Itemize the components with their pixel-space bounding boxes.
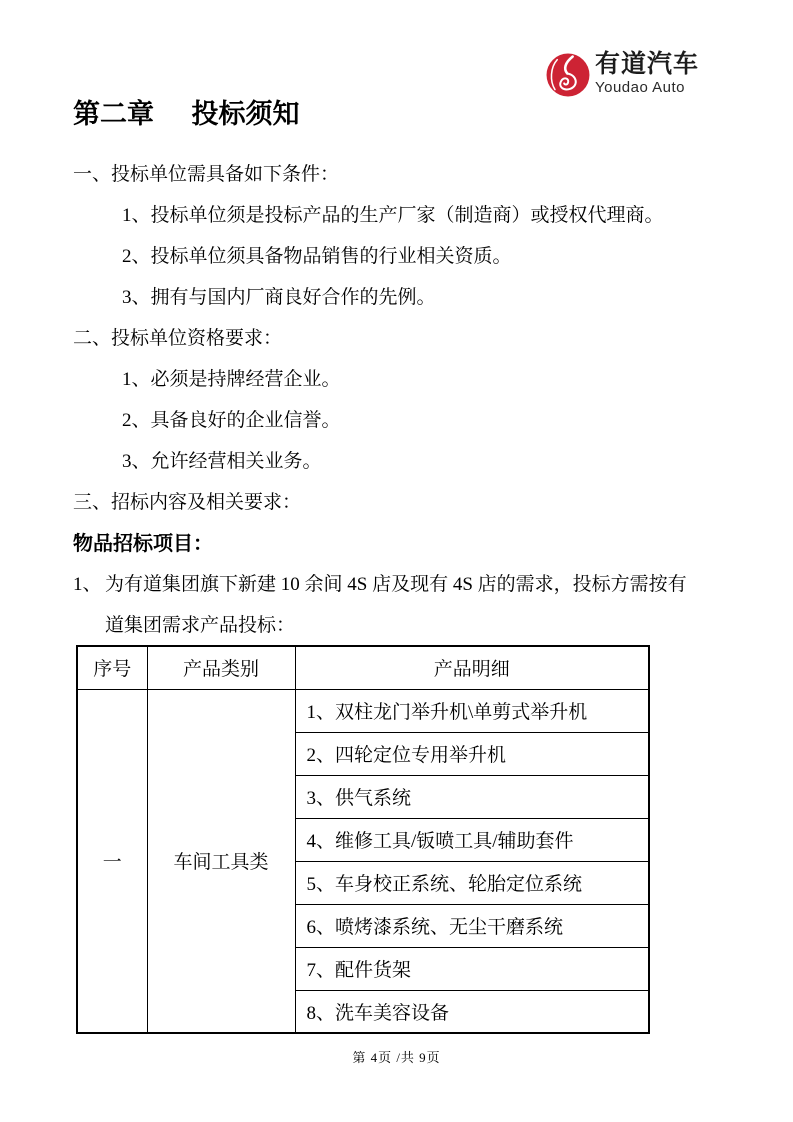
chapter-heading: 第二章 投标须知 — [73, 92, 300, 131]
chapter-number: 第二章 — [73, 99, 154, 129]
document-page: 有道汽车 Youdao Auto 第二章 投标须知 一、投标单位需具备如下条件：… — [0, 0, 793, 1122]
tender-items-subheading: 物品招标项目： — [73, 521, 733, 562]
page-number: 第 4页 /共 9页 — [0, 1047, 793, 1066]
document-body: 一、投标单位需具备如下条件： 1、投标单位须是投标产品的生产厂家（制造商）或授权… — [73, 152, 733, 644]
header-serial: 序号 — [77, 646, 147, 689]
section-1-item: 3、拥有与国内厂商良好合作的先例。 — [73, 275, 733, 316]
section-1-item: 2、投标单位须具备物品销售的行业相关资质。 — [73, 234, 733, 275]
logo-text: 有道汽车 Youdao Auto — [595, 52, 699, 95]
youdao-logo: 有道汽车 Youdao Auto — [545, 52, 699, 98]
detail-cell: 4、维修工具/钣喷工具/辅助套件 — [295, 818, 649, 861]
section-3-title: 三、招标内容及相关要求： — [73, 480, 733, 521]
section-2-item: 1、必须是持牌经营企业。 — [73, 357, 733, 398]
detail-cell: 7、配件货架 — [295, 947, 649, 990]
detail-cell: 8、洗车美容设备 — [295, 990, 649, 1033]
section-1-item: 1、投标单位须是投标产品的生产厂家（制造商）或授权代理商。 — [73, 193, 733, 234]
detail-cell: 2、四轮定位专用举升机 — [295, 732, 649, 775]
chapter-title: 投标须知 — [192, 99, 300, 129]
detail-cell: 3、供气系统 — [295, 775, 649, 818]
category-cell: 车间工具类 — [147, 689, 295, 1033]
table-header-row: 序号 产品类别 产品明细 — [77, 646, 649, 689]
section-1-title: 一、投标单位需具备如下条件： — [73, 152, 733, 193]
paragraph-1-line2: 道集团需求产品投标： — [105, 603, 687, 644]
youdao-logo-icon — [545, 52, 591, 98]
detail-cell: 1、双柱龙门举升机\单剪式举升机 — [295, 689, 649, 732]
paragraph-1-text: 为有道集团旗下新建 10 余间 4S 店及现有 4S 店的需求，投标方需按有 道… — [105, 562, 687, 644]
paragraph-1-number: 1、 — [73, 562, 105, 603]
logo-brand-cn: 有道汽车 — [595, 52, 699, 77]
detail-cell: 6、喷烤漆系统、无尘干磨系统 — [295, 904, 649, 947]
paragraph-1: 1、 为有道集团旗下新建 10 余间 4S 店及现有 4S 店的需求，投标方需按… — [73, 562, 733, 644]
section-2-item: 3、允许经营相关业务。 — [73, 439, 733, 480]
table-row: 一 车间工具类 1、双柱龙门举升机\单剪式举升机 — [77, 689, 649, 732]
header-detail: 产品明细 — [295, 646, 649, 689]
detail-cell: 5、车身校正系统、轮胎定位系统 — [295, 861, 649, 904]
paragraph-1-line1: 为有道集团旗下新建 10 余间 4S 店及现有 4S 店的需求，投标方需按有 — [105, 562, 687, 603]
tender-products-table: 序号 产品类别 产品明细 一 车间工具类 1、双柱龙门举升机\单剪式举升机 2、… — [76, 645, 650, 1034]
serial-cell: 一 — [77, 689, 147, 1033]
section-2-item: 2、具备良好的企业信誉。 — [73, 398, 733, 439]
header-category: 产品类别 — [147, 646, 295, 689]
section-2-title: 二、投标单位资格要求： — [73, 316, 733, 357]
logo-brand-en: Youdao Auto — [595, 80, 699, 95]
